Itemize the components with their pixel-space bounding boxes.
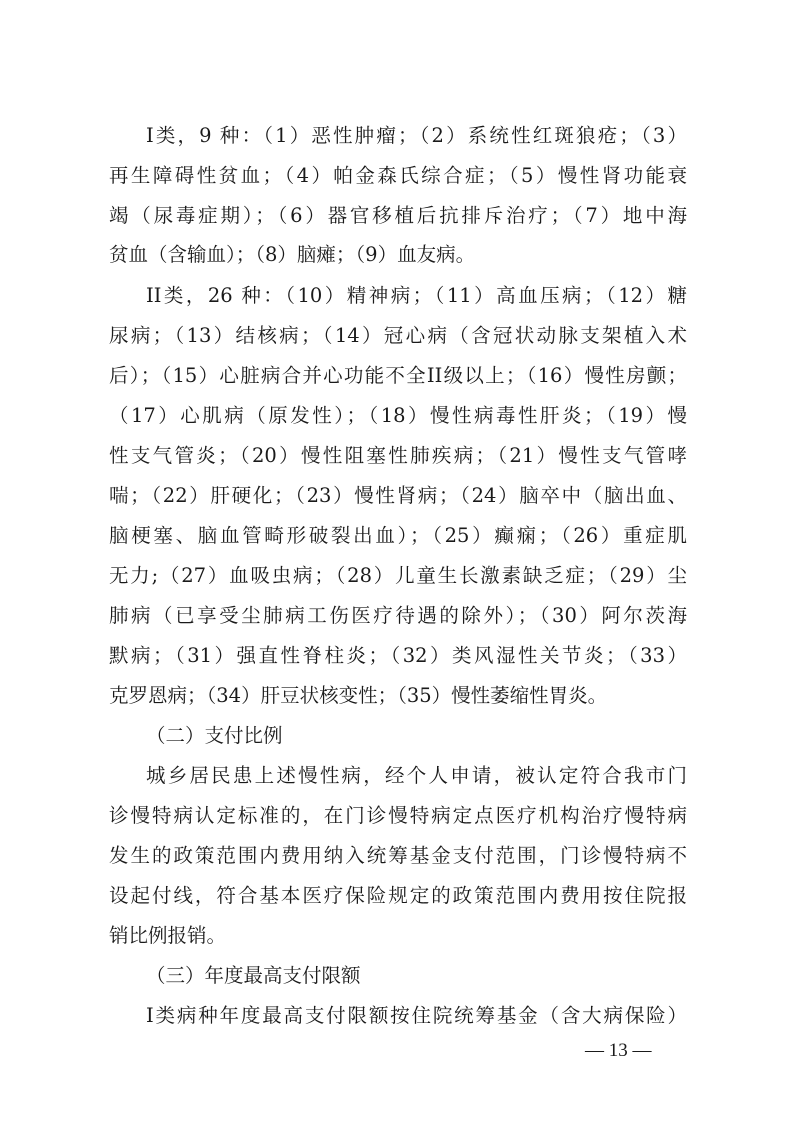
- class-two-diseases-line-1: II类，26 种：（10）精神病；（11）高血压病；（12）糖: [146, 284, 687, 308]
- payment-ratio-paragraph-line-5: 销比例报销。: [109, 924, 687, 948]
- class-two-diseases-line-9: 肺病（已享受尘肺病工伤医疗待遇的除外）；（30）阿尔茨海: [109, 604, 687, 628]
- class-two-diseases-line-4: （17）心肌病（原发性）；（18）慢性病毒性肝炎；（19）慢: [109, 404, 687, 428]
- class-two-diseases-line-11: 克罗恩病；（34）肝豆状核变性；（35）慢性萎缩性胃炎。: [109, 684, 687, 708]
- page-number: — 13 —: [585, 1040, 652, 1062]
- payment-ratio-paragraph-line-2: 诊慢特病认定标准的，在门诊慢特病定点医疗机构治疗慢特病: [109, 804, 687, 828]
- class-two-diseases-line-5: 性支气管炎；（20）慢性阻塞性肺疾病；（21）慢性支气管哮: [109, 444, 687, 468]
- class-one-diseases-line-3: 竭（尿毒症期）；（6）器官移植后抗排斥治疗；（7）地中海: [109, 204, 687, 228]
- class-two-diseases-line-7: 脑梗塞、脑血管畸形破裂出血）；（25）癫痫；（26）重症肌: [109, 524, 687, 548]
- payment-ratio-paragraph-line-4: 设起付线，符合基本医疗保险规定的政策范围内费用按住院报: [109, 884, 687, 908]
- class-one-diseases-line-4: 贫血（含输血）；（8）脑瘫；（9）血友病。: [109, 243, 687, 267]
- class-one-diseases-line-1: I类，9 种：（1）恶性肿瘤；（2）系统性红斑狼疮；（3）: [146, 124, 687, 148]
- class-two-diseases-line-6: 喘；（22）肝硬化；（23）慢性肾病；（24）脑卒中（脑出血、: [109, 484, 687, 508]
- annual-limit-paragraph-line-1: I类病种年度最高支付限额按住院统筹基金（含大病保险）: [146, 1004, 687, 1028]
- payment-ratio-paragraph-line-1: 城乡居民患上述慢性病，经个人申请，被认定符合我市门: [146, 764, 687, 788]
- class-two-diseases-line-10: 默病；（31）强直性脊柱炎；（32）类风湿性关节炎；（33）: [109, 644, 687, 668]
- section-heading-payment-ratio: （二）支付比例: [146, 724, 687, 748]
- class-two-diseases-line-3: 后）；（15）心脏病合并心功能不全II级以上；（16）慢性房颤；: [109, 364, 687, 388]
- class-two-diseases-line-8: 无力;（27）血吸虫病；（28）儿童生长激素缺乏症；（29）尘: [109, 564, 687, 588]
- section-heading-annual-limit: （三）年度最高支付限额: [146, 964, 687, 988]
- payment-ratio-paragraph-line-3: 发生的政策范围内费用纳入统筹基金支付范围，门诊慢特病不: [109, 844, 687, 868]
- class-one-diseases-line-2: 再生障碍性贫血；（4）帕金森氏综合症；（5）慢性肾功能衰: [109, 164, 687, 188]
- document-page: I类，9 种：（1）恶性肿瘤；（2）系统性红斑狼疮；（3） 再生障碍性贫血；（4…: [0, 0, 793, 1122]
- class-two-diseases-line-2: 尿病；（13）结核病；（14）冠心病（含冠状动脉支架植入术: [109, 324, 687, 348]
